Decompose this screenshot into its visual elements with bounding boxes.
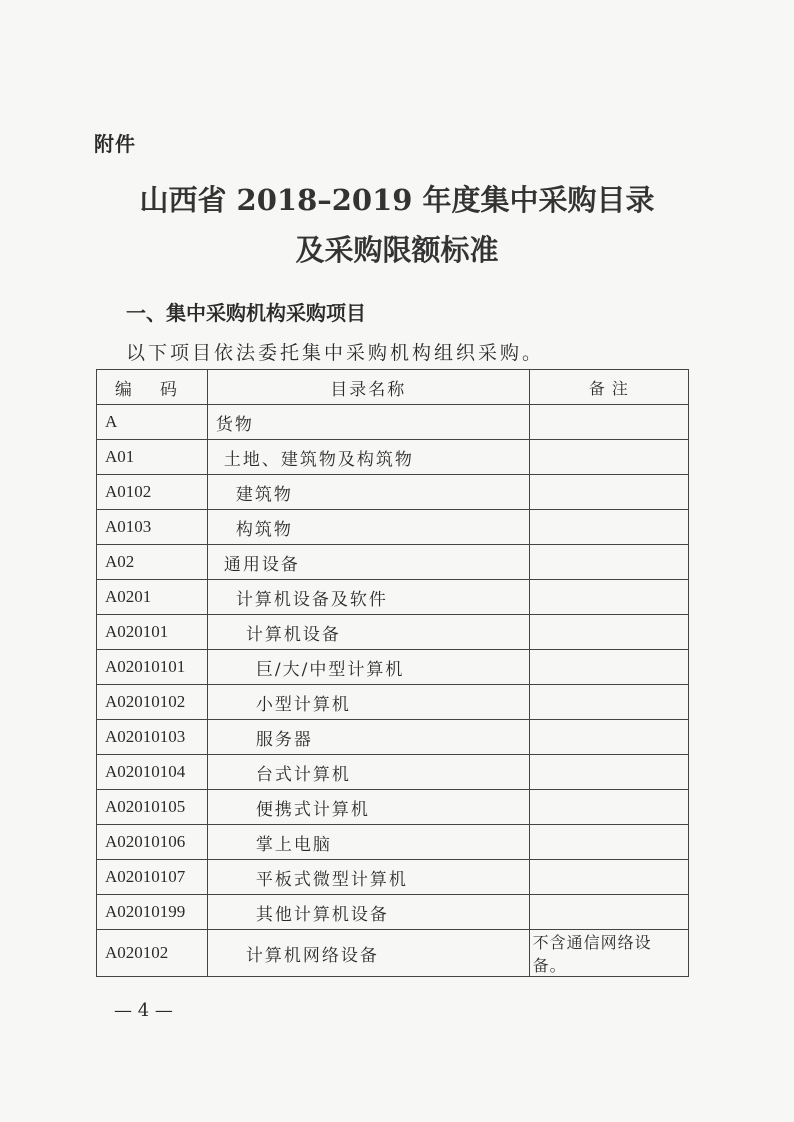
table-header-row: 编 码 目录名称 备 注	[97, 370, 689, 405]
cell-catalog-name: 巨/大/中型计算机	[207, 650, 529, 685]
cell-note	[529, 615, 688, 650]
cell-catalog-name: 计算机网络设备	[207, 930, 529, 977]
table-row: A020101计算机设备	[97, 615, 689, 650]
cell-code: A02010104	[97, 755, 208, 790]
document-title-line1: 山西省 2018–2019 年度集中采购目录	[0, 178, 794, 219]
header-catalog-name: 目录名称	[207, 370, 529, 405]
cell-note	[529, 580, 688, 615]
cell-catalog-name: 掌上电脑	[207, 825, 529, 860]
cell-code: A02010106	[97, 825, 208, 860]
cell-code: A020101	[97, 615, 208, 650]
cell-note	[529, 510, 688, 545]
cell-note	[529, 650, 688, 685]
cell-code: A02010102	[97, 685, 208, 720]
cell-catalog-name: 便携式计算机	[207, 790, 529, 825]
cell-code: A02010101	[97, 650, 208, 685]
cell-note	[529, 405, 688, 440]
cell-note	[529, 475, 688, 510]
cell-note	[529, 895, 688, 930]
table-row: A02010103服务器	[97, 720, 689, 755]
header-note: 备 注	[529, 370, 688, 405]
cell-catalog-name: 货物	[207, 405, 529, 440]
cell-code: A02010103	[97, 720, 208, 755]
cell-code: A	[97, 405, 208, 440]
cell-code: A020102	[97, 930, 208, 977]
table-row: A02010106掌上电脑	[97, 825, 689, 860]
cell-note	[529, 720, 688, 755]
table-row: A020102计算机网络设备不含通信网络设备。	[97, 930, 689, 977]
cell-code: A0201	[97, 580, 208, 615]
cell-catalog-name: 土地、建筑物及构筑物	[207, 440, 529, 475]
cell-catalog-name: 计算机设备	[207, 615, 529, 650]
cell-catalog-name: 服务器	[207, 720, 529, 755]
cell-catalog-name: 其他计算机设备	[207, 895, 529, 930]
table-row: A0102建筑物	[97, 475, 689, 510]
cell-note	[529, 860, 688, 895]
cell-code: A02	[97, 545, 208, 580]
cell-code: A01	[97, 440, 208, 475]
cell-catalog-name: 通用设备	[207, 545, 529, 580]
table-row: A02010199其他计算机设备	[97, 895, 689, 930]
cell-code: A0102	[97, 475, 208, 510]
cell-catalog-name: 小型计算机	[207, 685, 529, 720]
table-row: A02010107平板式微型计算机	[97, 860, 689, 895]
cell-note	[529, 440, 688, 475]
procurement-catalog-table: 编 码 目录名称 备 注 A货物A01土地、建筑物及构筑物A0102建筑物A01…	[96, 369, 689, 977]
cell-note	[529, 545, 688, 580]
table-row: A01土地、建筑物及构筑物	[97, 440, 689, 475]
cell-catalog-name: 台式计算机	[207, 755, 529, 790]
page-number: — 4 —	[114, 1000, 173, 1021]
table-row: A0201计算机设备及软件	[97, 580, 689, 615]
intro-paragraph: 以下项目依法委托集中采购机构组织采购。	[126, 338, 544, 365]
cell-note	[529, 685, 688, 720]
cell-catalog-name: 计算机设备及软件	[207, 580, 529, 615]
cell-catalog-name: 构筑物	[207, 510, 529, 545]
cell-catalog-name: 建筑物	[207, 475, 529, 510]
header-code: 编 码	[97, 370, 208, 405]
cell-code: A02010105	[97, 790, 208, 825]
cell-note	[529, 755, 688, 790]
cell-code: A02010199	[97, 895, 208, 930]
table-row: A0103构筑物	[97, 510, 689, 545]
cell-catalog-name: 平板式微型计算机	[207, 860, 529, 895]
table-row: A02010105便携式计算机	[97, 790, 689, 825]
attachment-label: 附件	[94, 128, 136, 157]
table-row: A货物	[97, 405, 689, 440]
table-row: A02010101巨/大/中型计算机	[97, 650, 689, 685]
table-row: A02010104台式计算机	[97, 755, 689, 790]
table-row: A02010102小型计算机	[97, 685, 689, 720]
table-row: A02通用设备	[97, 545, 689, 580]
cell-note	[529, 825, 688, 860]
cell-note	[529, 790, 688, 825]
cell-note: 不含通信网络设备。	[529, 930, 688, 977]
document-title-line2: 及采购限额标准	[0, 228, 794, 269]
section-heading: 一、集中采购机构采购项目	[126, 297, 366, 326]
cell-code: A0103	[97, 510, 208, 545]
cell-code: A02010107	[97, 860, 208, 895]
